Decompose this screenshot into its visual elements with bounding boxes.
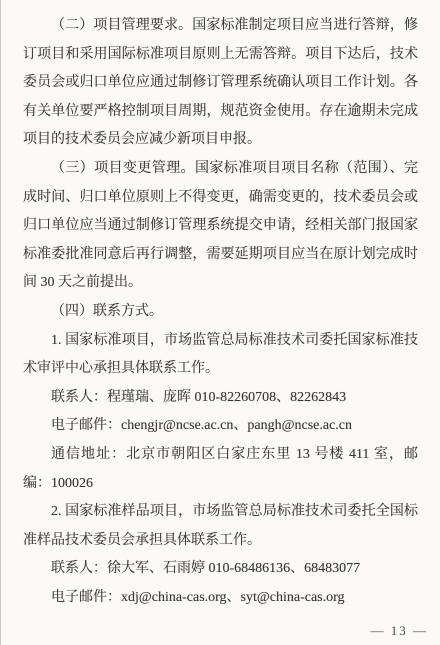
line-email-2: 电子邮件：xdj@china-cas.org、syt@china-cas.org bbox=[23, 584, 418, 613]
scanned-document-page: （二）项目管理要求。国家标准制定项目应当进行答辩，修订项目和采用国际标准项目原则… bbox=[0, 0, 440, 645]
paragraph-item-1-national-standard-project: 1. 国家标准项目，市场监管总局标准技术司委托国家标准技术审评中心承担具体联系工… bbox=[23, 327, 418, 384]
paragraph-section-3-change-management: （三）项目变更管理。国家标准项目项目名称（范围）、完成时间、归口单位原则上不得变… bbox=[23, 155, 418, 298]
paragraph-section-2-project-management: （二）项目管理要求。国家标准制定项目应当进行答辩，修订项目和采用国际标准项目原则… bbox=[23, 12, 418, 155]
line-email-1: 电子邮件：chengjr@ncse.ac.cn、pangh@ncse.ac.cn bbox=[23, 412, 418, 441]
document-body: （二）项目管理要求。国家标准制定项目应当进行答辩，修订项目和采用国际标准项目原则… bbox=[23, 12, 418, 612]
line-contact-persons-1: 联系人：程瑾瑞、庞晖 010-82260708、82262843 bbox=[23, 384, 418, 413]
line-contact-persons-2: 联系人：徐大军、石雨婷 010-68486136、68483077 bbox=[23, 555, 418, 584]
line-postal-address: 通信地址：北京市朝阳区白家庄东里 13 号楼 411 室，邮编：100026 bbox=[23, 441, 418, 498]
paragraph-section-4-contact-heading: （四）联系方式。 bbox=[23, 298, 418, 327]
paragraph-item-2-standard-sample-project: 2. 国家标准样品项目，市场监管总局标准技术司委托全国标准样品技术委员会承担具体… bbox=[23, 498, 418, 555]
page-number: — 13 — bbox=[371, 623, 429, 639]
